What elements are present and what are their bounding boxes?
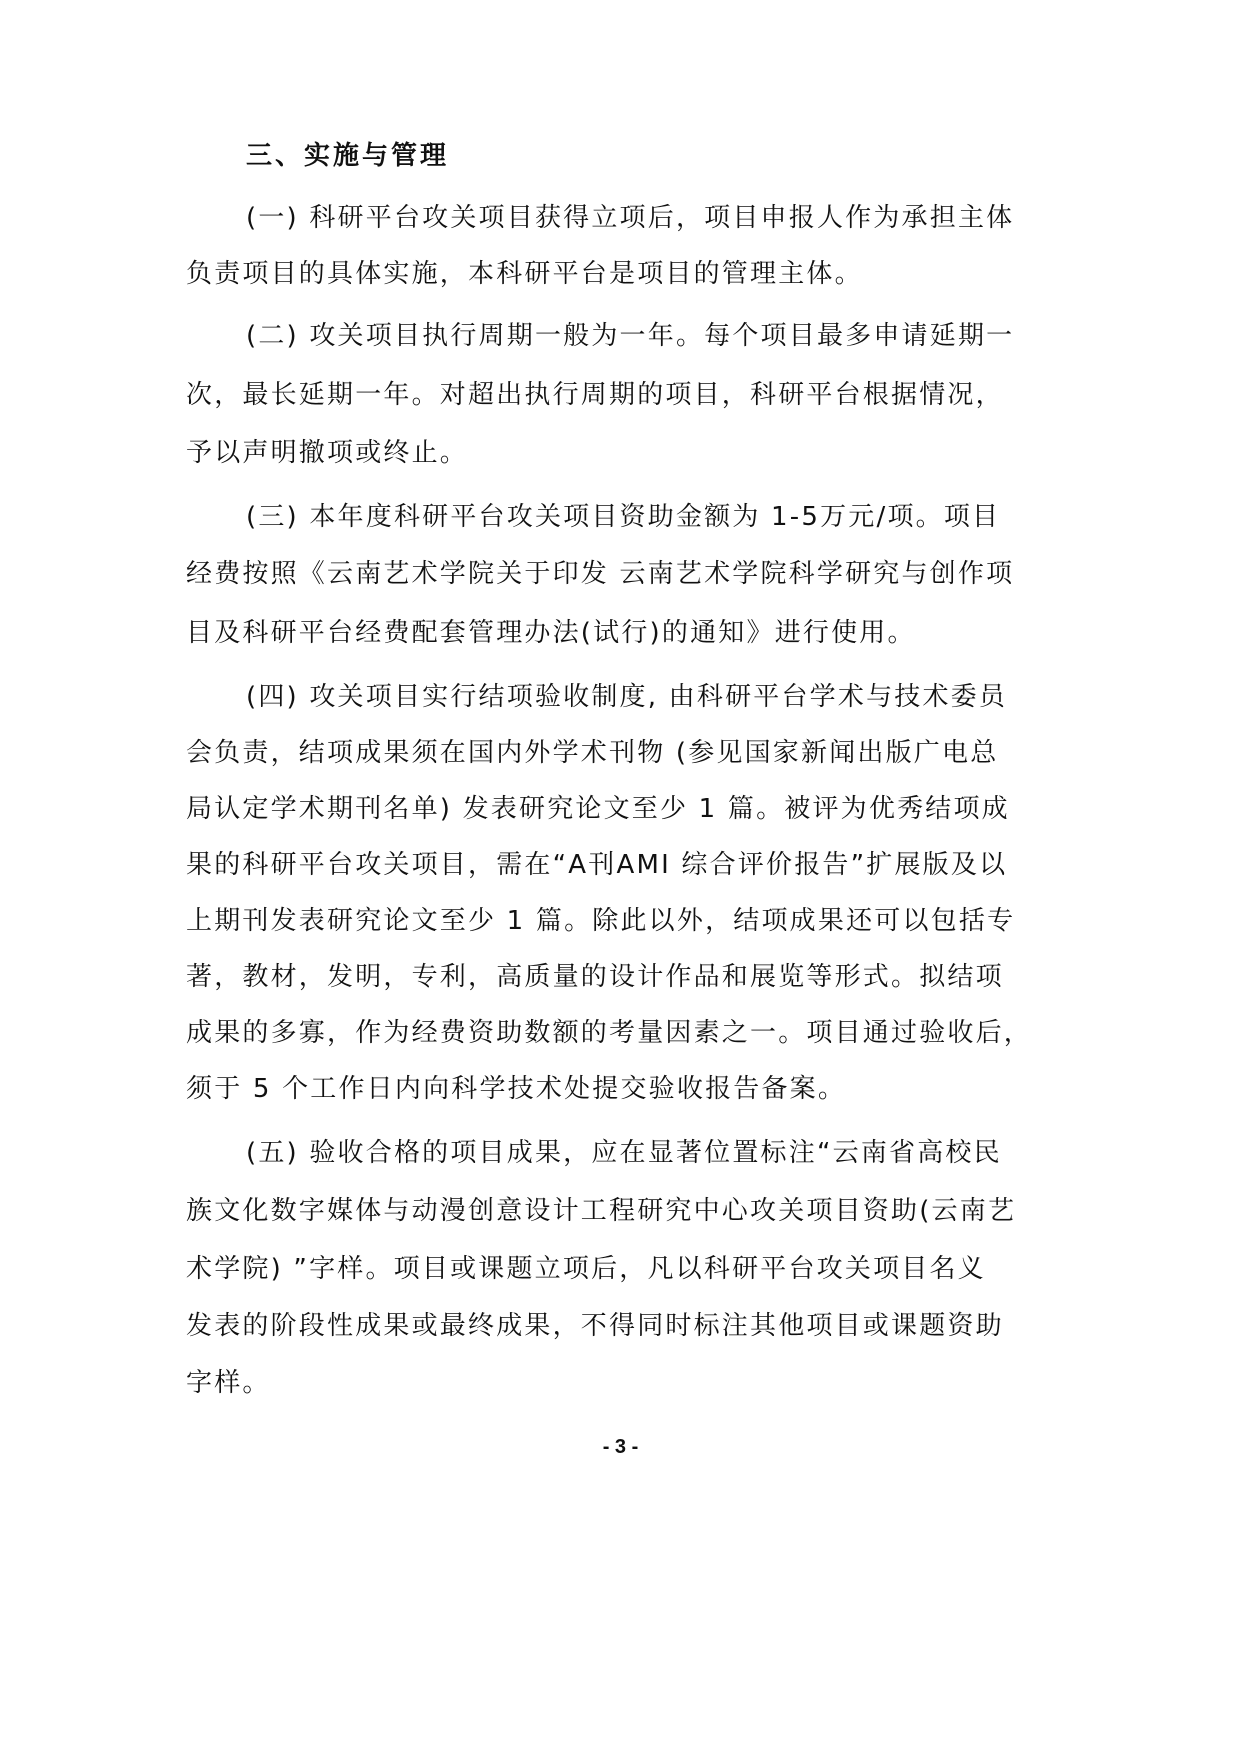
paragraph-line: 予以声明撤项或终止。 (186, 433, 468, 473)
paragraph-line: 果的科研平台攻关项目，需在“A刊AMI 综合评价报告”扩展版及以 (186, 845, 1007, 885)
paragraph-line: (四) 攻关项目实行结项验收制度, 由科研平台学术与技术委员 (246, 677, 1007, 717)
paragraph-line: 族文化数字媒体与动漫创意设计工程研究中心攻关项目资助(云南艺 (186, 1191, 1016, 1231)
document-page: 三、实施与管理 (一) 科研平台攻关项目获得立项后，项目申报人作为承担主体 负责… (0, 0, 1241, 1755)
paragraph-line: (三) 本年度科研平台攻关项目资助金额为 1-5万元/项。项目 (246, 497, 1000, 537)
paragraph-line: 经费按照《云南艺术学院关于印发 云南艺术学院科学研究与创作项 (186, 554, 1014, 594)
paragraph-line: 会负责，结项成果须在国内外学术刊物 (参见国家新闻出版广电总 (186, 733, 998, 773)
paragraph-line: 成果的多寡，作为经费资助数额的考量因素之一。项目通过验收后， (186, 1013, 1032, 1053)
paragraph-line: 局认定学术期刊名单) 发表研究论文至少 1 篇。被评为优秀结项成 (186, 789, 1010, 829)
page-number: - 3 - (0, 1434, 1241, 1460)
paragraph-line: 负责项目的具体实施，本科研平台是项目的管理主体。 (186, 254, 863, 294)
paragraph-line: (二) 攻关项目执行周期一般为一年。每个项目最多申请延期一 (246, 316, 1014, 356)
paragraph-line: 目及科研平台经费配套管理办法(试行)的通知》进行使用。 (186, 613, 916, 653)
paragraph-line: (五) 验收合格的项目成果，应在显著位置标注“云南省高校民 (246, 1133, 1002, 1173)
paragraph-line: 著，教材，发明，专利，高质量的设计作品和展览等形式。拟结项 (186, 957, 1004, 997)
paragraph-line: 术学院) ”字样。项目或课题立项后，凡以科研平台攻关项目名义 (186, 1249, 986, 1289)
paragraph-line: 须于 5 个工作日内向科学技术处提交验收报告备案。 (186, 1069, 846, 1109)
paragraph-line: 发表的阶段性成果或最终成果，不得同时标注其他项目或课题资助 (186, 1306, 1004, 1346)
paragraph-line: 上期刊发表研究论文至少 1 篇。除此以外，结项成果还可以包括专 (186, 901, 1015, 941)
paragraph-line: 次，最长延期一年。对超出执行周期的项目，科研平台根据情况， (186, 375, 1004, 415)
paragraph-line: (一) 科研平台攻关项目获得立项后，项目申报人作为承担主体 (246, 198, 1014, 238)
paragraph-line: 字样。 (186, 1363, 271, 1403)
section-heading: 三、实施与管理 (246, 136, 449, 176)
